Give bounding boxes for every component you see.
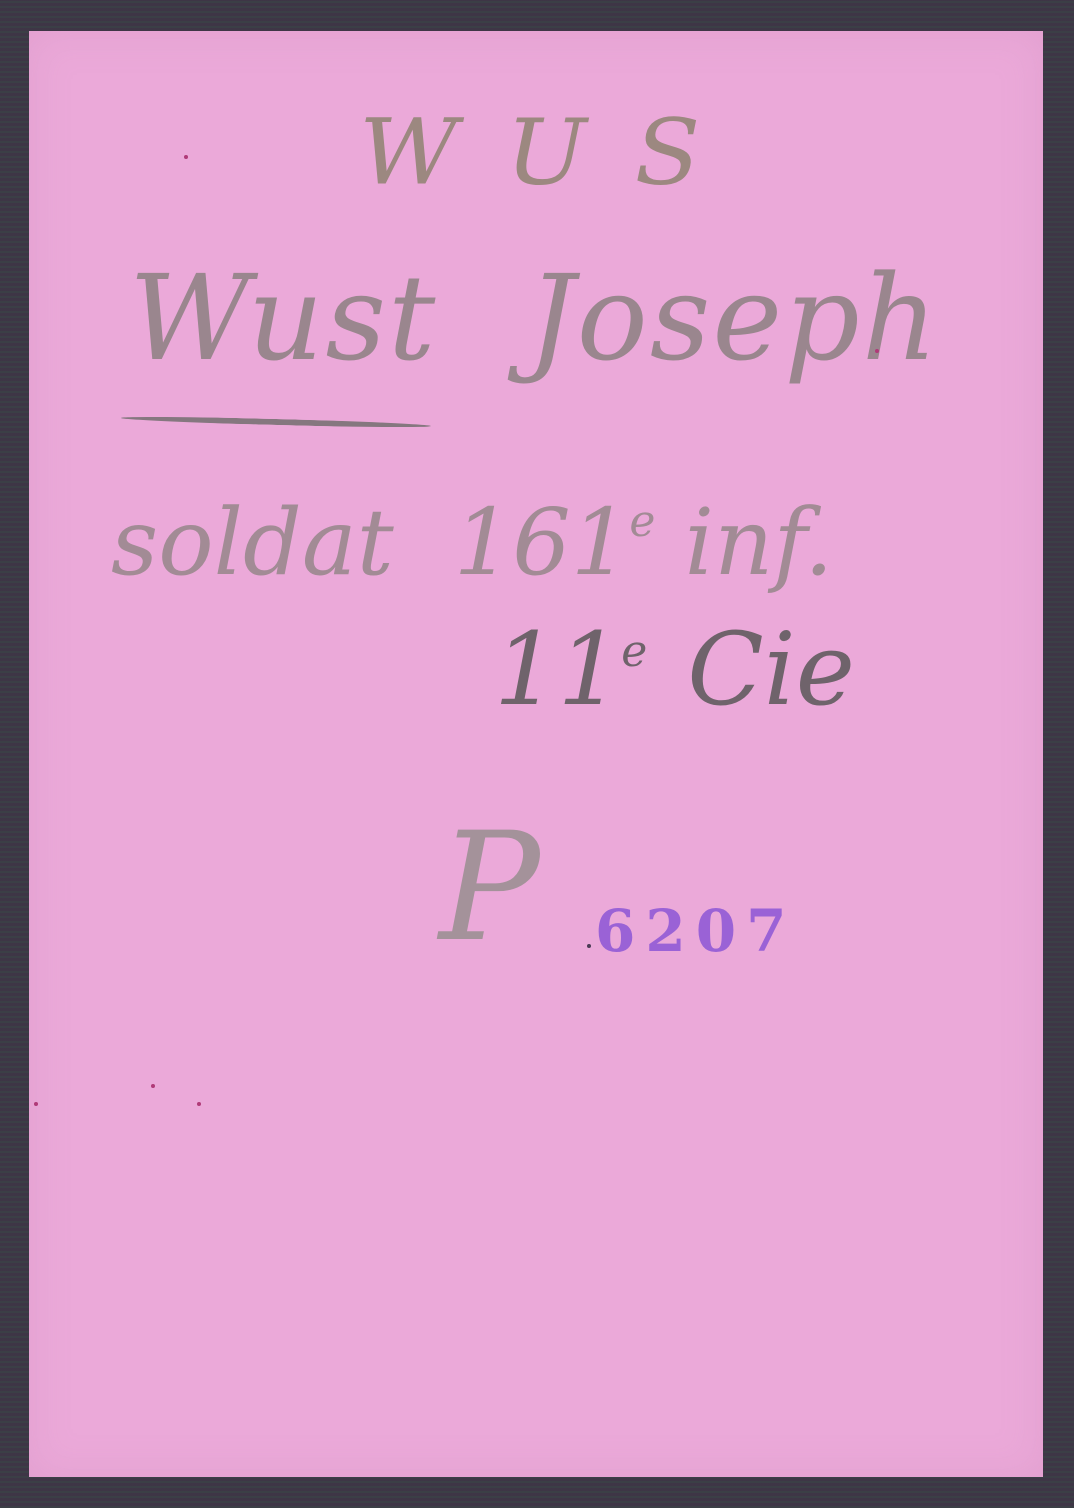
surname: Wust	[129, 249, 437, 387]
reference-letter: P	[439, 801, 540, 975]
paper-speck	[151, 1084, 155, 1088]
company-unit: Cie	[687, 611, 855, 728]
company-number: 11	[494, 611, 621, 728]
company-suffix: e	[621, 626, 647, 677]
paper-speck	[197, 1102, 201, 1106]
given-name: Joseph	[527, 249, 939, 387]
paper-speck	[184, 155, 188, 159]
rank-line: soldat161e inf.	[111, 489, 833, 596]
card-header-letters: WUS	[359, 99, 748, 205]
surname-underline	[121, 415, 431, 429]
regiment-number: 161	[454, 489, 630, 596]
name-line: WustJoseph	[129, 249, 940, 387]
rank: soldat	[111, 489, 394, 596]
regiment-suffix: e	[629, 496, 655, 547]
paper-speck	[34, 1102, 38, 1106]
regiment-unit: inf.	[685, 489, 834, 596]
index-card: WUS WustJoseph soldat161e inf. 11eCie P …	[29, 31, 1043, 1477]
paper-speck	[587, 944, 591, 948]
stamp-number: 6207	[595, 897, 796, 965]
paper-speck	[875, 349, 879, 353]
company-line: 11eCie	[494, 611, 855, 728]
